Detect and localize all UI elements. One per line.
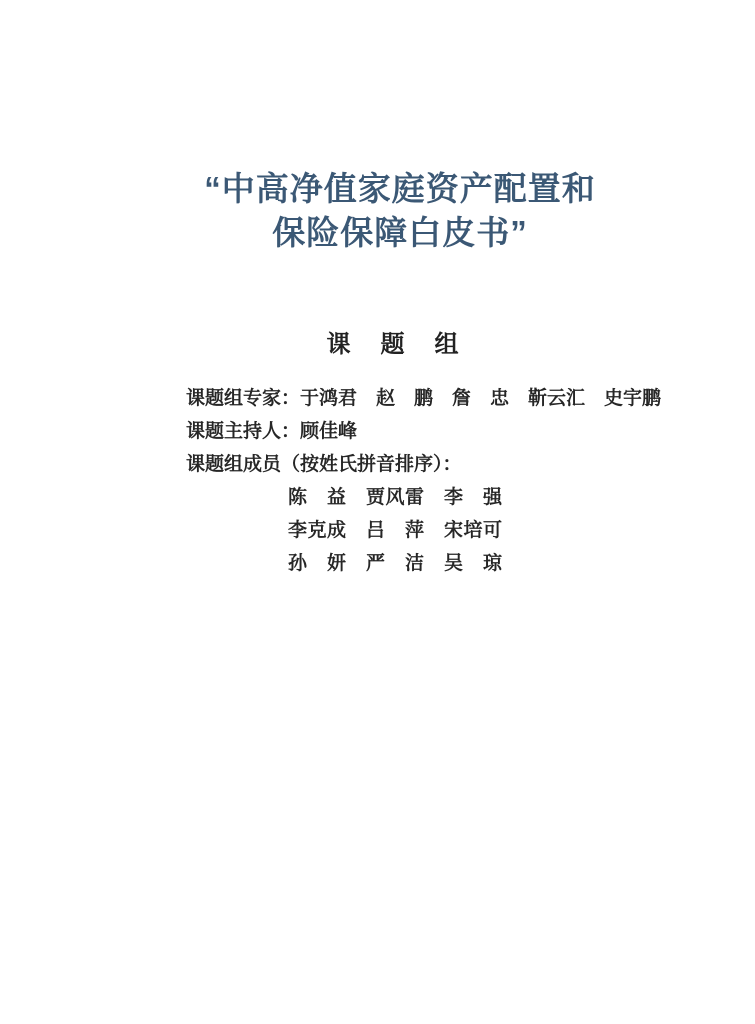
member-row-2: 李克成 吕 萍 宋培可 [186,514,646,547]
experts-label: 课题组专家： [186,388,300,409]
host-line: 课题主持人：顾佳峰 [186,415,646,448]
experts-line: 课题组专家：于鸿君 赵 鹏 詹 忠 靳云汇 史宇鹏 [186,382,646,415]
document-page: “中高净值家庭资产配置和 保险保障白皮书” 课 题 组 课题组专家：于鸿君 赵 … [0,0,755,1024]
report-title-line-2: 保险保障白皮书” [45,211,755,255]
member-row-3: 孙 妍 严 洁 吴 琼 [186,547,646,580]
host-label: 课题主持人： [186,421,300,442]
members-heading: 课题组成员（按姓氏拼音排序）： [186,448,646,481]
member-row-1: 陈 益 贾风雷 李 强 [186,481,646,514]
research-group-heading: 课 题 组 [0,330,755,360]
report-title-line-1: “中高净值家庭资产配置和 [45,167,755,211]
experts-names: 于鸿君 赵 鹏 詹 忠 靳云汇 史宇鹏 [300,388,661,409]
report-title: “中高净值家庭资产配置和 保险保障白皮书” [0,167,755,255]
host-name: 顾佳峰 [300,421,357,442]
research-group-info: 课题组专家：于鸿君 赵 鹏 詹 忠 靳云汇 史宇鹏 课题主持人：顾佳峰 课题组成… [186,382,646,580]
